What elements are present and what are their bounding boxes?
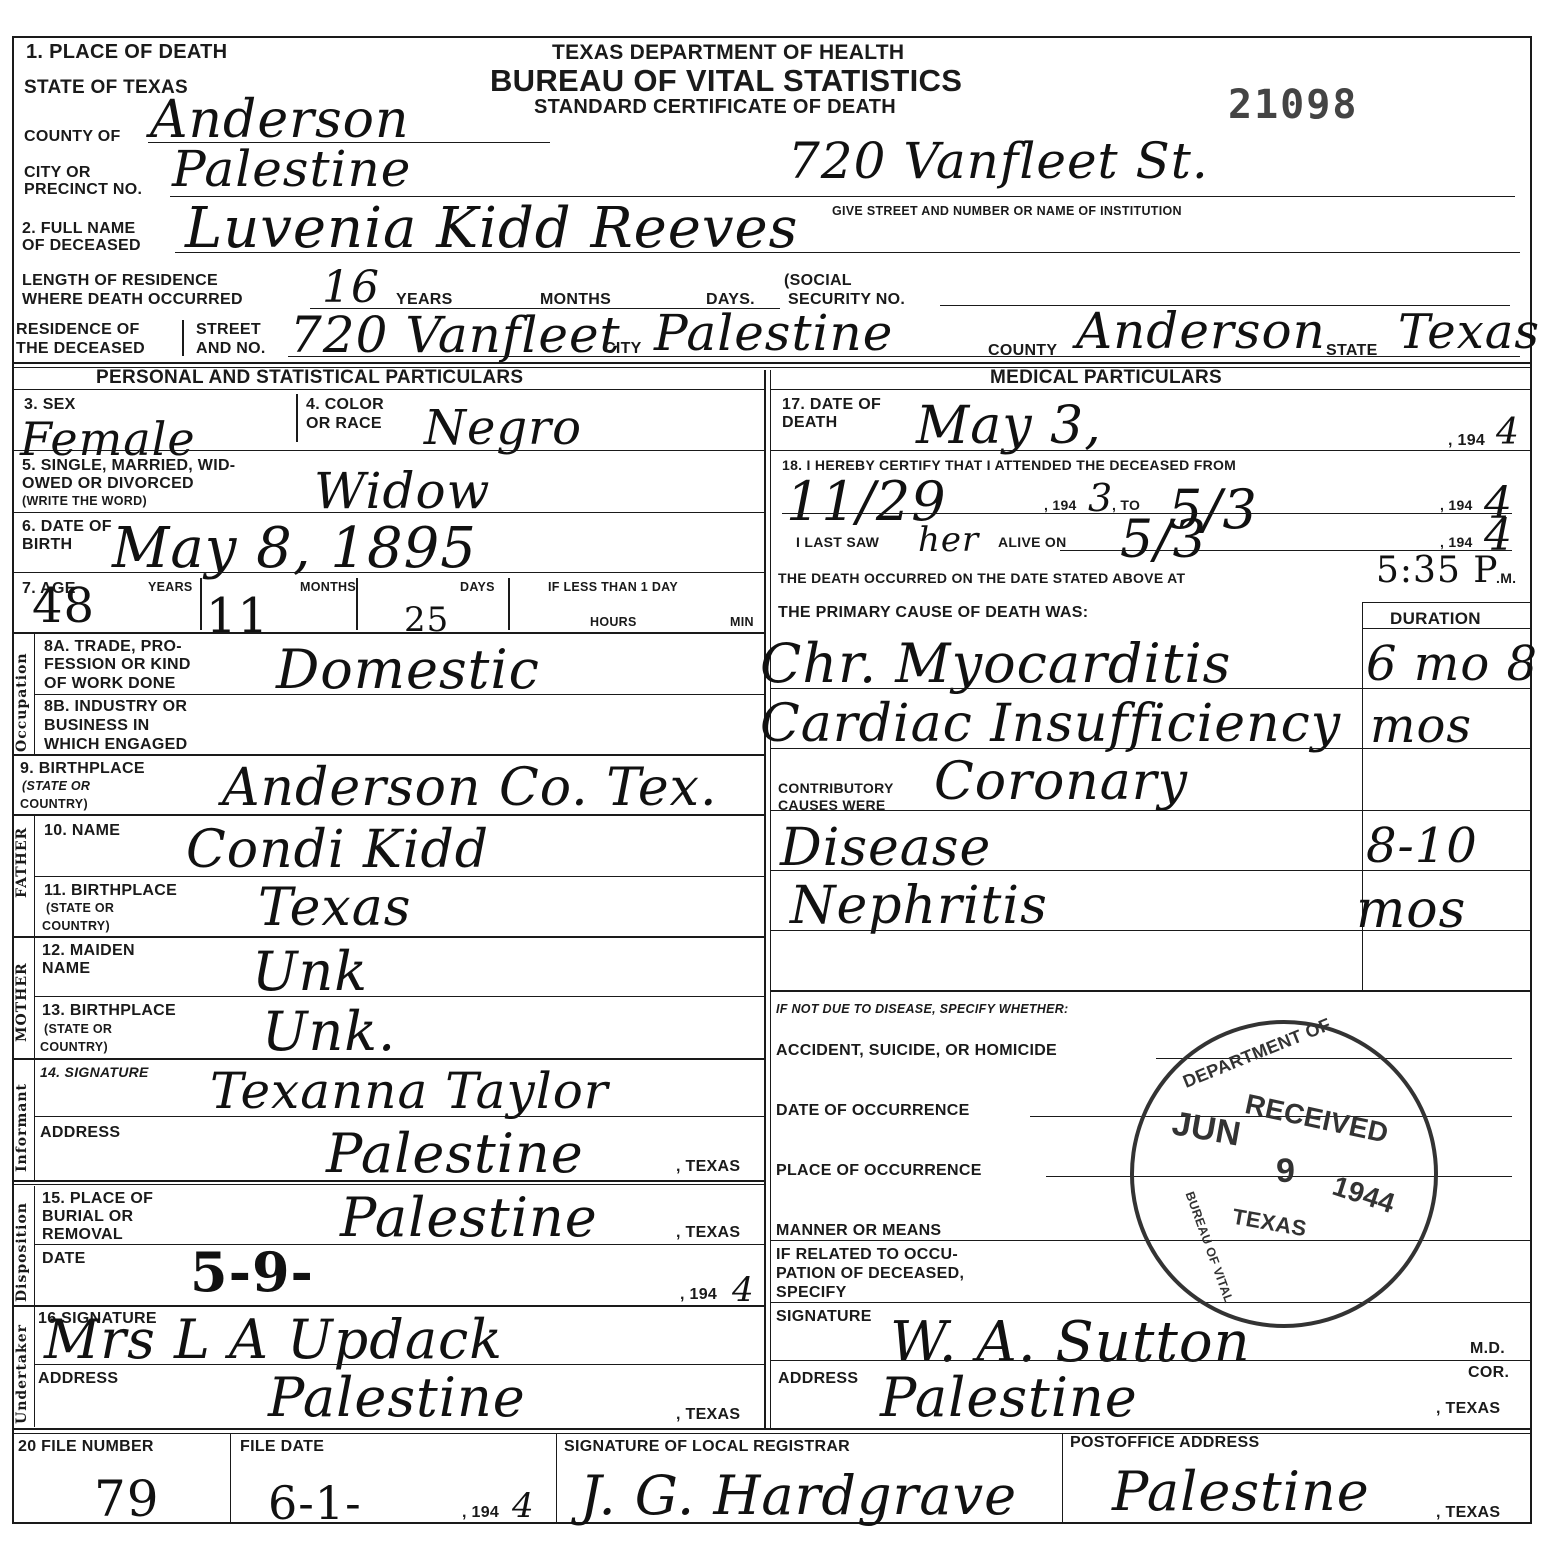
attended-to-year-prefix: , 194 bbox=[1440, 497, 1473, 514]
dod-year-prefix: , 194 bbox=[1448, 432, 1485, 450]
last-saw-pronoun: her bbox=[918, 520, 979, 560]
city-value: Palestine bbox=[172, 140, 411, 198]
father-birthplace-label-2: (STATE OR bbox=[46, 901, 114, 916]
burial-place-label-2: BURIAL OR bbox=[42, 1208, 133, 1226]
full-name-label-2: OF DECEASED bbox=[22, 237, 141, 255]
row-rule bbox=[12, 512, 764, 513]
dod-label-2: DEATH bbox=[782, 414, 837, 432]
file-number-value: 79 bbox=[94, 1470, 160, 1528]
section-divider-1 bbox=[12, 362, 1532, 364]
file-date-value: 6-1- bbox=[268, 1476, 362, 1530]
primary-cause-label: THE PRIMARY CAUSE OF DEATH WAS: bbox=[778, 604, 1088, 622]
marital-label-3: (WRITE THE WORD) bbox=[22, 494, 147, 509]
contributory-label-2: CAUSES WERE bbox=[778, 797, 886, 814]
mother-side-label: MOTHER bbox=[14, 962, 30, 1042]
contributory-label-1: CONTRIBUTORY bbox=[778, 780, 894, 797]
residence-length-label-1: LENGTH OF RESIDENCE bbox=[22, 272, 218, 290]
row-rule bbox=[12, 1180, 764, 1182]
trade-label-2: FESSION OR KIND bbox=[44, 656, 191, 674]
cor-label: COR. bbox=[1468, 1364, 1509, 1382]
row-rule bbox=[770, 688, 1530, 689]
burial-place-label-1: 15. PLACE OF bbox=[42, 1190, 153, 1208]
side-label-divider bbox=[34, 938, 35, 1058]
age-months-value: 11 bbox=[206, 588, 269, 644]
city-label-1: CITY OR bbox=[24, 164, 91, 182]
sex-race-divider bbox=[296, 394, 298, 442]
birthplace-label-3: COUNTRY) bbox=[20, 797, 88, 812]
occurrence-date-label: DATE OF OCCURRENCE bbox=[776, 1102, 970, 1120]
not-disease-label: IF NOT DUE TO DISEASE, SPECIFY WHETHER: bbox=[776, 1002, 1069, 1017]
occurrence-place-label: PLACE OF OCCURRENCE bbox=[776, 1162, 982, 1180]
row-rule bbox=[770, 1360, 1530, 1361]
street-label-2: AND NO. bbox=[196, 340, 266, 358]
informant-address-value: Palestine bbox=[326, 1122, 584, 1185]
row-rule bbox=[770, 990, 1530, 992]
row-rule bbox=[34, 1116, 764, 1117]
burial-place-label-3: REMOVAL bbox=[42, 1226, 123, 1244]
file-year-digit: 4 bbox=[512, 1486, 535, 1526]
postoffice-label: POSTOFFICE ADDRESS bbox=[1070, 1434, 1259, 1452]
industry-label-1: 8B. INDUSTRY OR bbox=[44, 698, 187, 716]
mother-maiden-name-value: Unk bbox=[252, 940, 368, 1003]
dod-value: May 3, bbox=[916, 396, 1102, 456]
full-name-underline bbox=[175, 252, 1520, 253]
occupation-related-label-1: IF RELATED TO OCCU- bbox=[776, 1246, 958, 1264]
occupation-side-label: Occupation bbox=[14, 652, 30, 752]
file-date-label: FILE DATE bbox=[240, 1438, 324, 1456]
row-rule bbox=[34, 876, 764, 877]
certificate-number: 21098 bbox=[1228, 82, 1358, 128]
age-divider bbox=[508, 578, 510, 630]
mother-birthplace-label-2: (STATE OR bbox=[44, 1022, 112, 1037]
residence-divider bbox=[182, 320, 184, 356]
street-value: 720 Vanfleet St. bbox=[788, 132, 1209, 190]
file-number-label: 20 FILE NUMBER bbox=[18, 1438, 154, 1456]
informant-state-suffix: , TEXAS bbox=[676, 1158, 740, 1176]
city-label-2: PRECINCT NO. bbox=[24, 181, 142, 199]
race-label-2: OR RACE bbox=[306, 415, 382, 433]
postoffice-state-suffix: , TEXAS bbox=[1436, 1504, 1500, 1522]
street-label-1: STREET bbox=[196, 321, 261, 339]
industry-label-3: WHICH ENGAGED bbox=[44, 736, 187, 754]
registrar-signature-value: J. G. Hardgrave bbox=[580, 1464, 1017, 1527]
min-label: MIN bbox=[730, 615, 754, 630]
trade-value: Domestic bbox=[276, 638, 540, 701]
postoffice-value: Palestine bbox=[1112, 1460, 1370, 1523]
row-rule bbox=[770, 870, 1530, 871]
residence-state-value: Texas bbox=[1398, 304, 1540, 360]
death-time-value: 5:35 P bbox=[1376, 550, 1499, 591]
bureau-title: BUREAU OF VITAL STATISTICS bbox=[490, 64, 962, 98]
row-rule bbox=[12, 1184, 764, 1185]
center-divider-2 bbox=[770, 370, 771, 1430]
residence-label-1: RESIDENCE OF bbox=[16, 321, 140, 339]
less-than-day-label: IF LESS THAN 1 DAY bbox=[548, 580, 678, 595]
row-rule bbox=[12, 572, 764, 573]
contributory-cause-2: Nephritis bbox=[790, 876, 1048, 936]
maiden-name-label-1: 12. MAIDEN bbox=[42, 942, 135, 960]
last-saw-year-prefix: , 194 bbox=[1440, 534, 1473, 551]
street-hint-label: GIVE STREET AND NUMBER OR NAME OF INSTIT… bbox=[832, 204, 1182, 219]
residence-city-value: Palestine bbox=[654, 304, 893, 362]
race-value: Negro bbox=[424, 400, 582, 456]
row-rule bbox=[34, 694, 764, 695]
dod-label-1: 17. DATE OF bbox=[782, 396, 881, 414]
row-rule bbox=[12, 936, 764, 938]
race-label-1: 4. COLOR bbox=[306, 396, 384, 414]
row-rule bbox=[12, 1305, 764, 1307]
duration-header-rule bbox=[1362, 628, 1530, 629]
dod-year-digit: 4 bbox=[1496, 412, 1520, 453]
trade-label-3: OF WORK DONE bbox=[44, 675, 176, 693]
dob-label-2: BIRTH bbox=[22, 536, 72, 554]
file-year-prefix: , 194 bbox=[462, 1504, 499, 1522]
medical-title-rule bbox=[770, 389, 1530, 390]
marital-label-1: 5. SINGLE, MARRIED, WID- bbox=[22, 457, 235, 475]
primary-cause-1-duration: 6 mo 8 bbox=[1366, 636, 1538, 692]
stamp-day: 9 bbox=[1276, 1162, 1295, 1180]
row-rule bbox=[770, 1302, 1530, 1303]
residence-county-value: Anderson bbox=[1076, 302, 1326, 360]
informant-signature-value: Texanna Taylor bbox=[210, 1062, 609, 1120]
primary-cause-2-duration: mos bbox=[1370, 698, 1472, 754]
marital-label-2: OWED OR DIVORCED bbox=[22, 475, 194, 493]
primary-cause-3: Coronary bbox=[934, 752, 1188, 812]
residence-label-2: THE DECEASED bbox=[16, 340, 145, 358]
form-right-border bbox=[1530, 36, 1532, 1524]
father-side-label: FATHER bbox=[14, 827, 30, 898]
burial-state-suffix: , TEXAS bbox=[676, 1224, 740, 1242]
mother-birthplace-label-1: 13. BIRTHPLACE bbox=[42, 1002, 176, 1020]
father-name-value: Condi Kidd bbox=[186, 820, 489, 880]
manner-label: MANNER OR MEANS bbox=[776, 1222, 941, 1240]
residence-state-label: STATE bbox=[1326, 342, 1378, 360]
place-of-death-label: 1. PLACE OF DEATH bbox=[26, 42, 227, 62]
county-label: COUNTY OF bbox=[24, 128, 121, 146]
row-rule bbox=[34, 996, 764, 997]
physician-address-value: Palestine bbox=[880, 1366, 1138, 1429]
accident-label: ACCIDENT, SUICIDE, OR HOMICIDE bbox=[776, 1042, 1057, 1060]
md-label: M.D. bbox=[1470, 1340, 1505, 1358]
residence-length-label-2: WHERE DEATH OCCURRED bbox=[22, 291, 243, 309]
contributory-cause-1-duration: 8-10 bbox=[1366, 818, 1478, 874]
father-birthplace-value: Texas bbox=[258, 878, 411, 938]
dept-title: TEXAS DEPARTMENT OF HEALTH bbox=[552, 42, 904, 64]
row-rule bbox=[12, 450, 764, 451]
birthplace-label-1: 9. BIRTHPLACE bbox=[20, 760, 145, 778]
row-rule bbox=[12, 1058, 764, 1060]
footer-divider bbox=[556, 1434, 557, 1524]
age-divider bbox=[356, 578, 358, 630]
row-rule bbox=[34, 1364, 764, 1365]
form-top-border bbox=[12, 36, 1532, 38]
burial-date-value: 5-9- bbox=[190, 1240, 314, 1304]
informant-signature-label: 14. SIGNATURE bbox=[40, 1064, 149, 1081]
informant-side-label: Informant bbox=[14, 1083, 30, 1172]
undertaker-address-value: Palestine bbox=[268, 1366, 526, 1429]
side-label-divider bbox=[34, 1307, 35, 1427]
contributory-cause-2-duration: mos bbox=[1356, 880, 1466, 940]
maiden-name-label-2: NAME bbox=[42, 960, 90, 978]
row-rule bbox=[34, 1244, 764, 1245]
duration-label: DURATION bbox=[1390, 610, 1481, 628]
burial-date-label: DATE bbox=[42, 1250, 86, 1268]
last-saw-label: I LAST SAW bbox=[796, 534, 879, 551]
row-rule bbox=[12, 632, 764, 634]
footer-rule-2 bbox=[12, 1433, 1532, 1434]
side-label-divider bbox=[34, 1060, 35, 1180]
undertaker-side-label: Undertaker bbox=[14, 1324, 30, 1424]
physician-signature-label: SIGNATURE bbox=[776, 1308, 872, 1326]
age-months-label: MONTHS bbox=[300, 580, 356, 595]
alive-on-label: ALIVE ON bbox=[998, 534, 1067, 551]
mother-birthplace-label-3: COUNTRY) bbox=[40, 1040, 108, 1055]
physician-address-label: ADDRESS bbox=[778, 1370, 858, 1388]
father-name-label: 10. NAME bbox=[44, 822, 120, 840]
death-time-label: THE DEATH OCCURRED ON THE DATE STATED AB… bbox=[778, 570, 1185, 587]
birthplace-value: Anderson Co. Tex. bbox=[222, 758, 718, 818]
occupation-related-label-3: SPECIFY bbox=[776, 1284, 847, 1302]
age-years-value: 48 bbox=[32, 578, 95, 634]
certificate-subtitle: STANDARD CERTIFICATE OF DEATH bbox=[534, 96, 896, 118]
birthplace-label-2: (STATE OR bbox=[22, 779, 90, 794]
age-divider bbox=[200, 578, 202, 630]
occupation-related-label-2: PATION OF DECEASED, bbox=[776, 1265, 964, 1283]
informant-address-label: ADDRESS bbox=[40, 1124, 120, 1142]
row-rule bbox=[12, 754, 764, 756]
undertaker-state-suffix: , TEXAS bbox=[676, 1406, 740, 1424]
death-time-suffix: .M. bbox=[1496, 570, 1516, 587]
registrar-label: SIGNATURE OF LOCAL REGISTRAR bbox=[564, 1438, 850, 1456]
attended-from-year-prefix: , 194 bbox=[1044, 497, 1077, 514]
residence-county-label: COUNTY bbox=[988, 342, 1057, 360]
age-days-value: 25 bbox=[404, 600, 449, 640]
row-rule bbox=[770, 810, 1530, 811]
physician-state-suffix: , TEXAS bbox=[1436, 1400, 1500, 1418]
hours-label: HOURS bbox=[590, 615, 637, 630]
burial-year-prefix: , 194 bbox=[680, 1286, 717, 1304]
disposition-side-label: Disposition bbox=[14, 1202, 30, 1302]
mother-birthplace-value: Unk. bbox=[262, 1000, 396, 1063]
trade-label-1: 8A. TRADE, PRO- bbox=[44, 638, 182, 656]
footer-divider bbox=[230, 1434, 231, 1524]
medical-section-title: MEDICAL PARTICULARS bbox=[990, 368, 1222, 388]
side-label-divider bbox=[34, 1186, 35, 1306]
stamp-month: JUN bbox=[1171, 1114, 1242, 1144]
primary-cause-2: Cardiac Insufficiency bbox=[760, 694, 1341, 754]
full-name-label-1: 2. FULL NAME bbox=[22, 220, 136, 238]
duration-top-rule bbox=[1362, 602, 1530, 603]
burial-year-digit: 4 bbox=[732, 1270, 755, 1310]
undertaker-signature-value: Mrs L A Updack bbox=[44, 1308, 503, 1371]
center-divider bbox=[764, 370, 766, 1430]
row-rule bbox=[770, 930, 1530, 931]
row-rule bbox=[12, 814, 764, 816]
contributory-cause-1: Disease bbox=[780, 818, 991, 878]
undertaker-address-label: ADDRESS bbox=[38, 1370, 118, 1388]
ssn-label-1: (SOCIAL bbox=[784, 272, 852, 290]
father-birthplace-label-3: COUNTRY) bbox=[42, 919, 110, 934]
primary-cause-1: Chr. Myocarditis bbox=[760, 632, 1231, 695]
age-years-label: YEARS bbox=[148, 580, 193, 595]
row-rule bbox=[770, 748, 1530, 749]
row-rule bbox=[770, 450, 1530, 451]
footer-rule bbox=[12, 1428, 1532, 1430]
personal-section-title: PERSONAL AND STATISTICAL PARTICULARS bbox=[96, 368, 523, 388]
industry-label-2: BUSINESS IN bbox=[44, 717, 150, 735]
father-birthplace-label-1: 11. BIRTHPLACE bbox=[44, 882, 177, 900]
dob-label-1: 6. DATE OF bbox=[22, 518, 112, 536]
burial-place-value: Palestine bbox=[340, 1186, 598, 1249]
residence-underline bbox=[288, 356, 1520, 357]
age-days-label: DAYS bbox=[460, 580, 495, 595]
last-saw-date-value: 5/3 bbox=[1120, 510, 1207, 570]
personal-title-rule bbox=[12, 389, 764, 390]
footer-divider bbox=[1062, 1434, 1063, 1524]
